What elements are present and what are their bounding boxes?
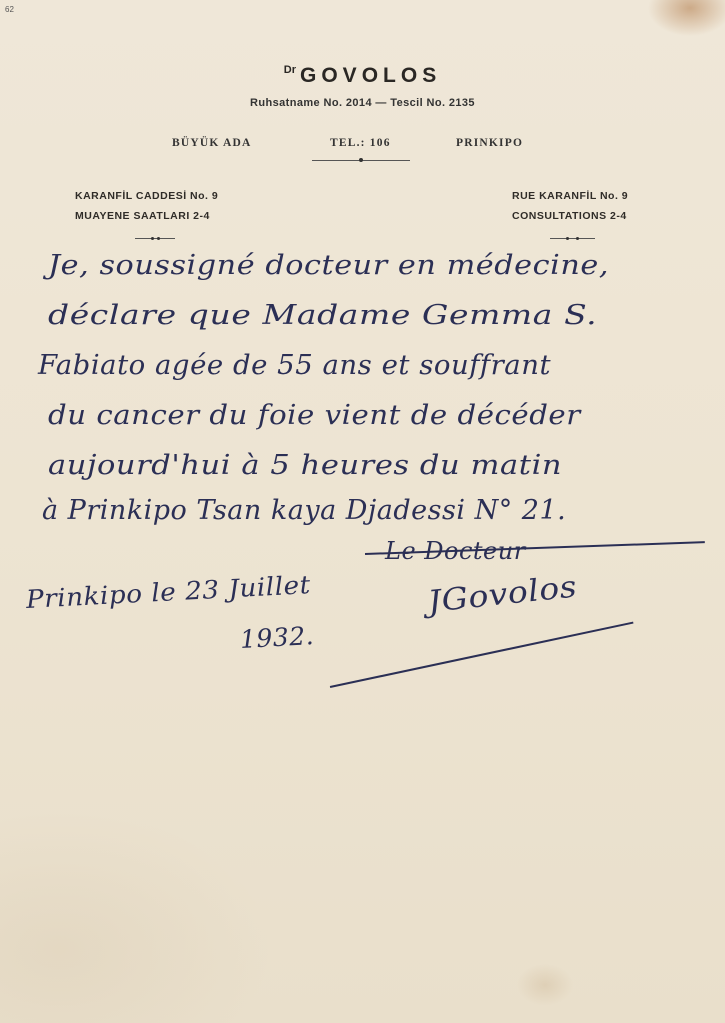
doctor-name: GOVOLOS (300, 64, 441, 87)
telephone: TEL.: 106 (330, 137, 391, 149)
date-year: 1932. (239, 621, 314, 654)
signature: JGovolos (426, 569, 579, 619)
hours-french: CONSULTATIONS 2-4 (512, 210, 627, 222)
ornament-divider-right (550, 235, 595, 241)
body-line-5: aujourd'hui à 5 heures du matin (48, 450, 562, 481)
signature-flourish (330, 622, 634, 688)
place-and-date: Prinkipo le 23 Juillet (25, 570, 311, 614)
signer-title: Le Docteur (385, 537, 526, 565)
location-buyukada: BÜYÜK ADA (172, 137, 252, 149)
address-french: RUE KARANFİL No. 9 (512, 190, 628, 202)
letterhead-title: DrGOVOLOS (0, 64, 725, 88)
location-prinkipo: PRINKIPO (456, 137, 523, 149)
archive-number: 62 (5, 5, 14, 14)
hours-turkish: MUAYENE SAATLARI 2-4 (75, 210, 210, 222)
registration-numbers: Ruhsatname No. 2014 — Tescil No. 2135 (0, 97, 725, 109)
body-line-3: Fabiato agée de 55 ans et souffrant (38, 350, 551, 381)
body-line-6: à Prinkipo Tsan kaya Djadessi N° 21. (42, 495, 566, 526)
ornament-divider-left (135, 235, 175, 241)
body-line-4: du cancer du foie vient de décéder (48, 400, 581, 431)
body-line-1: Je, soussigné docteur en médecine, (48, 250, 609, 281)
title-prefix: Dr (284, 64, 296, 76)
body-line-2: déclare que Madame Gemma S. (48, 300, 597, 331)
letter-page: 62 DrGOVOLOS Ruhsatname No. 2014 — Tesci… (0, 0, 725, 1023)
ornament-divider-center (312, 157, 410, 163)
address-turkish: KARANFİL CADDESİ No. 9 (75, 190, 218, 202)
